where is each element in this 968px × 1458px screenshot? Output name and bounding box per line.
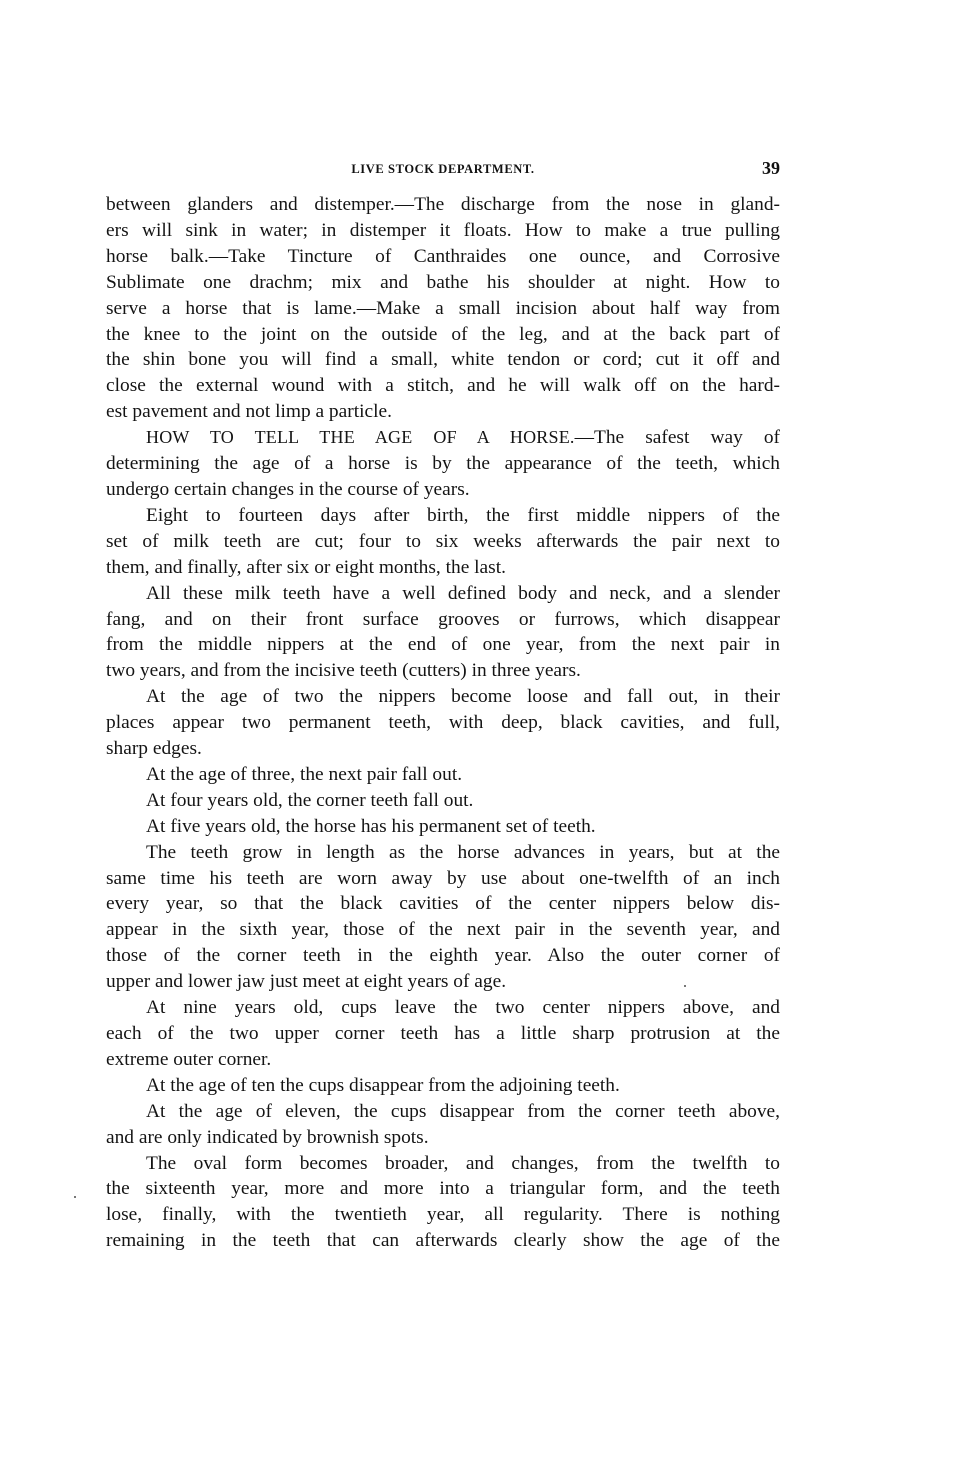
- text-line: extreme outer corner.: [106, 1047, 780, 1073]
- text-line: undergo certain changes in the course of…: [106, 477, 780, 503]
- text-line: At five years old, the horse has his per…: [106, 814, 780, 840]
- text-line: ers will sink in water; in distemper it …: [106, 218, 780, 244]
- text-line: upper and lower jaw just meet at eight y…: [106, 969, 780, 995]
- text-line: every year, so that the black cavities o…: [106, 891, 780, 917]
- text-line: the sixteenth year, more and more into a…: [106, 1176, 780, 1202]
- text-line: places appear two permanent teeth, with …: [106, 710, 780, 736]
- body-text: between glanders and distemper.—The disc…: [106, 192, 780, 1254]
- text-line: Sublimate one drachm; mix and bathe his …: [106, 270, 780, 296]
- paragraph: Eight to fourteen days after birth, the …: [106, 503, 780, 581]
- text-line: At the age of ten the cups disappear fro…: [106, 1073, 780, 1099]
- paragraph: All these milk teeth have a well defined…: [106, 581, 780, 685]
- text-line: The teeth grow in length as the horse ad…: [106, 840, 780, 866]
- paragraph: At five years old, the horse has his per…: [106, 814, 780, 840]
- text-line: same time his teeth are worn away by use…: [106, 866, 780, 892]
- paragraph: At the age of eleven, the cups disappear…: [106, 1099, 780, 1151]
- section-heading: HOW TO TELL THE AGE OF A HORSE.: [146, 427, 575, 447]
- text-line: two years, and from the incisive teeth (…: [106, 658, 780, 684]
- text-line: HOW TO TELL THE AGE OF A HORSE.—The safe…: [106, 425, 780, 451]
- text-line: At nine years old, cups leave the two ce…: [106, 995, 780, 1021]
- text-line: All these milk teeth have a well defined…: [106, 581, 780, 607]
- text-line: those of the corner teeth in the eighth …: [106, 943, 780, 969]
- paragraph: between glanders and distemper.—The disc…: [106, 192, 780, 425]
- paragraph: At nine years old, cups leave the two ce…: [106, 995, 780, 1073]
- scan-speck: [74, 1196, 76, 1198]
- paragraph: At the age of two the nippers become loo…: [106, 684, 780, 762]
- text-line: lose, finally, with the twentieth year, …: [106, 1202, 780, 1228]
- text-line: between glanders and distemper.—The disc…: [106, 192, 780, 218]
- text-line: determining the age of a horse is by the…: [106, 451, 780, 477]
- text-line: At the age of two the nippers become loo…: [106, 684, 780, 710]
- text-line: close the external wound with a stitch, …: [106, 373, 780, 399]
- text-line: The oval form becomes broader, and chang…: [106, 1151, 780, 1177]
- text-line: the knee to the joint on the outside of …: [106, 322, 780, 348]
- text-line: sharp edges.: [106, 736, 780, 762]
- page-number: 39: [762, 158, 780, 179]
- text-line: Eight to fourteen days after birth, the …: [106, 503, 780, 529]
- text-line: horse balk.—Take Tincture of Canthraides…: [106, 244, 780, 270]
- text-line: each of the two upper corner teeth has a…: [106, 1021, 780, 1047]
- running-title: LIVE STOCK DEPARTMENT.: [106, 162, 780, 177]
- book-page: LIVE STOCK DEPARTMENT. 39 between glande…: [0, 0, 968, 1458]
- scan-speck: [684, 985, 686, 987]
- text-line: remaining in the teeth that can afterwar…: [106, 1228, 780, 1254]
- text-line: At the age of eleven, the cups disappear…: [106, 1099, 780, 1125]
- paragraph: At four years old, the corner teeth fall…: [106, 788, 780, 814]
- paragraph: At the age of three, the next pair fall …: [106, 762, 780, 788]
- paragraph: The oval form becomes broader, and chang…: [106, 1151, 780, 1255]
- text-line: from the middle nippers at the end of on…: [106, 632, 780, 658]
- text-line: At four years old, the corner teeth fall…: [106, 788, 780, 814]
- text-line: fang, and on their front surface grooves…: [106, 607, 780, 633]
- text-line: est pavement and not limp a particle.: [106, 399, 780, 425]
- text-line: serve a horse that is lame.—Make a small…: [106, 296, 780, 322]
- text-line: and are only indicated by brownish spots…: [106, 1125, 780, 1151]
- text-line: set of milk teeth are cut; four to six w…: [106, 529, 780, 555]
- paragraph: The teeth grow in length as the horse ad…: [106, 840, 780, 995]
- running-head: LIVE STOCK DEPARTMENT. 39: [106, 158, 780, 182]
- text-line: appear in the sixth year, those of the n…: [106, 917, 780, 943]
- section-paragraph: HOW TO TELL THE AGE OF A HORSE.—The safe…: [106, 425, 780, 503]
- text-line: them, and finally, after six or eight mo…: [106, 555, 780, 581]
- paragraph: At the age of ten the cups disappear fro…: [106, 1073, 780, 1099]
- text-line: the shin bone you will find a small, whi…: [106, 347, 780, 373]
- text-line: At the age of three, the next pair fall …: [106, 762, 780, 788]
